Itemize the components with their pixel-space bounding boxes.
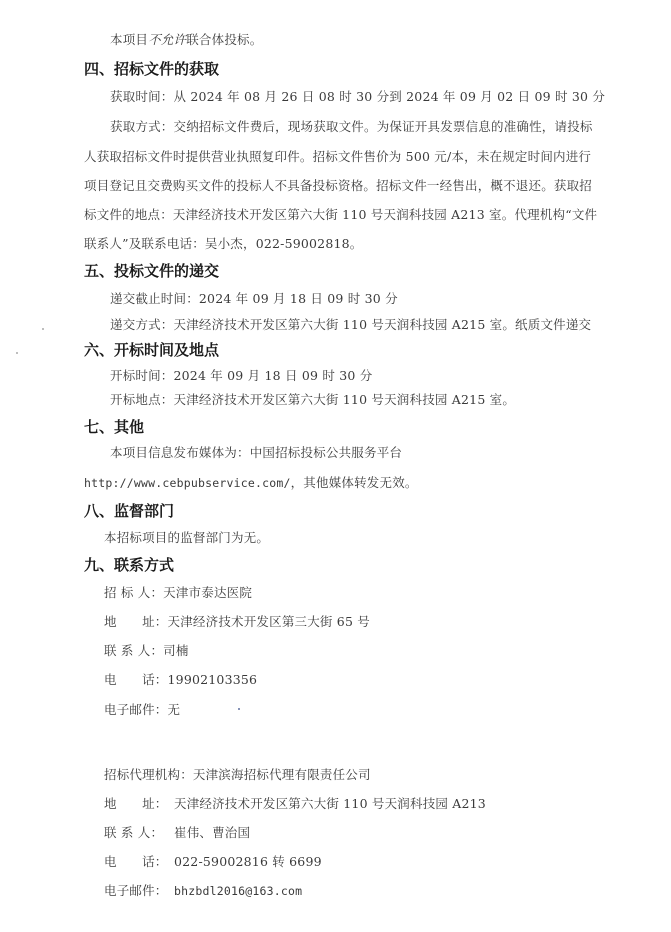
opening-place: 开标地点：天津经济技术开发区第六大街 110 号天润科技园 A215 室。 [110, 390, 515, 408]
acquisition-method-line-2: 人获取招标文件时提供营业执照复印件。招标文件售价为 500 元/本，未在规定时间… [84, 147, 591, 165]
acquisition-method-line-3: 项目登记且交费购买文件的投标人不具备投标资格。招标文件一经售出，概不退还。获取招 [84, 176, 592, 194]
opening-time: 开标时间：2024 年 09 月 18 日 09 时 30 分 [110, 366, 372, 384]
acquisition-method-line-4: 标文件的地点：天津经济技术开发区第六大街 110 号天润科技园 A213 室。代… [84, 205, 597, 223]
agency-email-label: 电子邮件： [104, 881, 174, 899]
submission-method: 递交方式：天津经济技术开发区第六大街 110 号天润科技园 A215 室。纸质文… [110, 315, 591, 333]
intro-italic: 不允许 [148, 32, 186, 47]
agency-phone: 022-59002816 转 6699 [174, 854, 322, 869]
supervision-text: 本招标项目的监督部门为无。 [104, 528, 269, 546]
intro-prefix: 本项目 [110, 32, 148, 47]
tenderer-address-row: 地 址：天津经济技术开发区第三大街 65 号 [104, 612, 370, 630]
tenderer-address: 天津经济技术开发区第三大街 65 号 [168, 614, 370, 629]
agency-address-label: 地 址： [104, 794, 174, 812]
section-9-title: 九、联系方式 [84, 554, 174, 575]
consortium-statement: 本项目不允许联合体投标。 [110, 30, 262, 48]
acquisition-time: 获取时间：从 2024 年 08 月 26 日 08 时 30 分到 2024 … [110, 87, 605, 105]
tenderer-email-row: 电子邮件：无 [104, 700, 180, 718]
section-5-title: 五、投标文件的递交 [84, 260, 219, 281]
tenderer-phone: 19902103356 [168, 672, 258, 687]
agency-contact: 崔伟、曹治国 [174, 825, 250, 840]
agency-name: 天津滨海招标代理有限责任公司 [193, 767, 371, 782]
agency-name-label: 招标代理机构： [104, 765, 193, 783]
section-6-title: 六、开标时间及地点 [84, 339, 219, 360]
agency-contact-label: 联 系 人： [104, 823, 174, 841]
agency-contact-row: 联 系 人：崔伟、曹治国 [104, 823, 250, 841]
acquisition-method-line-5: 联系人”及联系电话：吴小杰，022-59002818。 [84, 234, 363, 252]
tenderer-name-row: 招 标 人：天津市泰达医院 [104, 583, 252, 601]
tenderer-name-label: 招 标 人： [104, 583, 163, 601]
acquisition-method-line-1: 获取方式：交纳招标文件费后，现场获取文件。为保证开具发票信息的准确性，请投标 [110, 117, 593, 135]
tenderer-email: 无 [168, 702, 181, 717]
agency-name-row: 招标代理机构：天津滨海招标代理有限责任公司 [104, 765, 371, 783]
agency-email-row: 电子邮件：bhzbdl2016@163.com [104, 881, 302, 899]
tenderer-contact-label: 联 系 人： [104, 641, 163, 659]
tenderer-contact-row: 联 系 人：司楠 [104, 641, 189, 659]
tenderer-name: 天津市泰达医院 [163, 585, 252, 600]
tenderer-phone-label: 电 话： [104, 670, 168, 688]
tenderer-phone-row: 电 话：19902103356 [104, 670, 257, 688]
submission-deadline: 递交截止时间：2024 年 09 月 18 日 09 时 30 分 [110, 289, 398, 307]
tenderer-contact: 司楠 [163, 643, 188, 658]
publication-media: 本项目信息发布媒体为：中国招标投标公共服务平台 [110, 443, 402, 461]
publication-url-suffix: ，其他媒体转发无效。 [291, 475, 418, 490]
agency-phone-row: 电 话：022-59002816 转 6699 [104, 852, 322, 870]
agency-address-row: 地 址：天津经济技术开发区第六大街 110 号天润科技园 A213 [104, 794, 486, 812]
publication-url: http://www.cebpubservice.com/ [84, 476, 291, 490]
section-8-title: 八、监督部门 [84, 500, 174, 521]
agency-email: bhzbdl2016@163.com [174, 884, 302, 898]
tenderer-email-label: 电子邮件： [104, 700, 168, 718]
scan-speck [16, 352, 18, 354]
agency-address: 天津经济技术开发区第六大街 110 号天润科技园 A213 [174, 796, 486, 811]
scan-speck [42, 328, 44, 330]
scan-speck [238, 708, 240, 710]
tenderer-address-label: 地 址： [104, 612, 168, 630]
section-4-title: 四、招标文件的获取 [84, 58, 219, 79]
agency-phone-label: 电 话： [104, 852, 174, 870]
publication-url-line: http://www.cebpubservice.com/，其他媒体转发无效。 [84, 473, 418, 491]
section-7-title: 七、其他 [84, 416, 144, 437]
intro-suffix: 联合体投标。 [186, 32, 262, 47]
